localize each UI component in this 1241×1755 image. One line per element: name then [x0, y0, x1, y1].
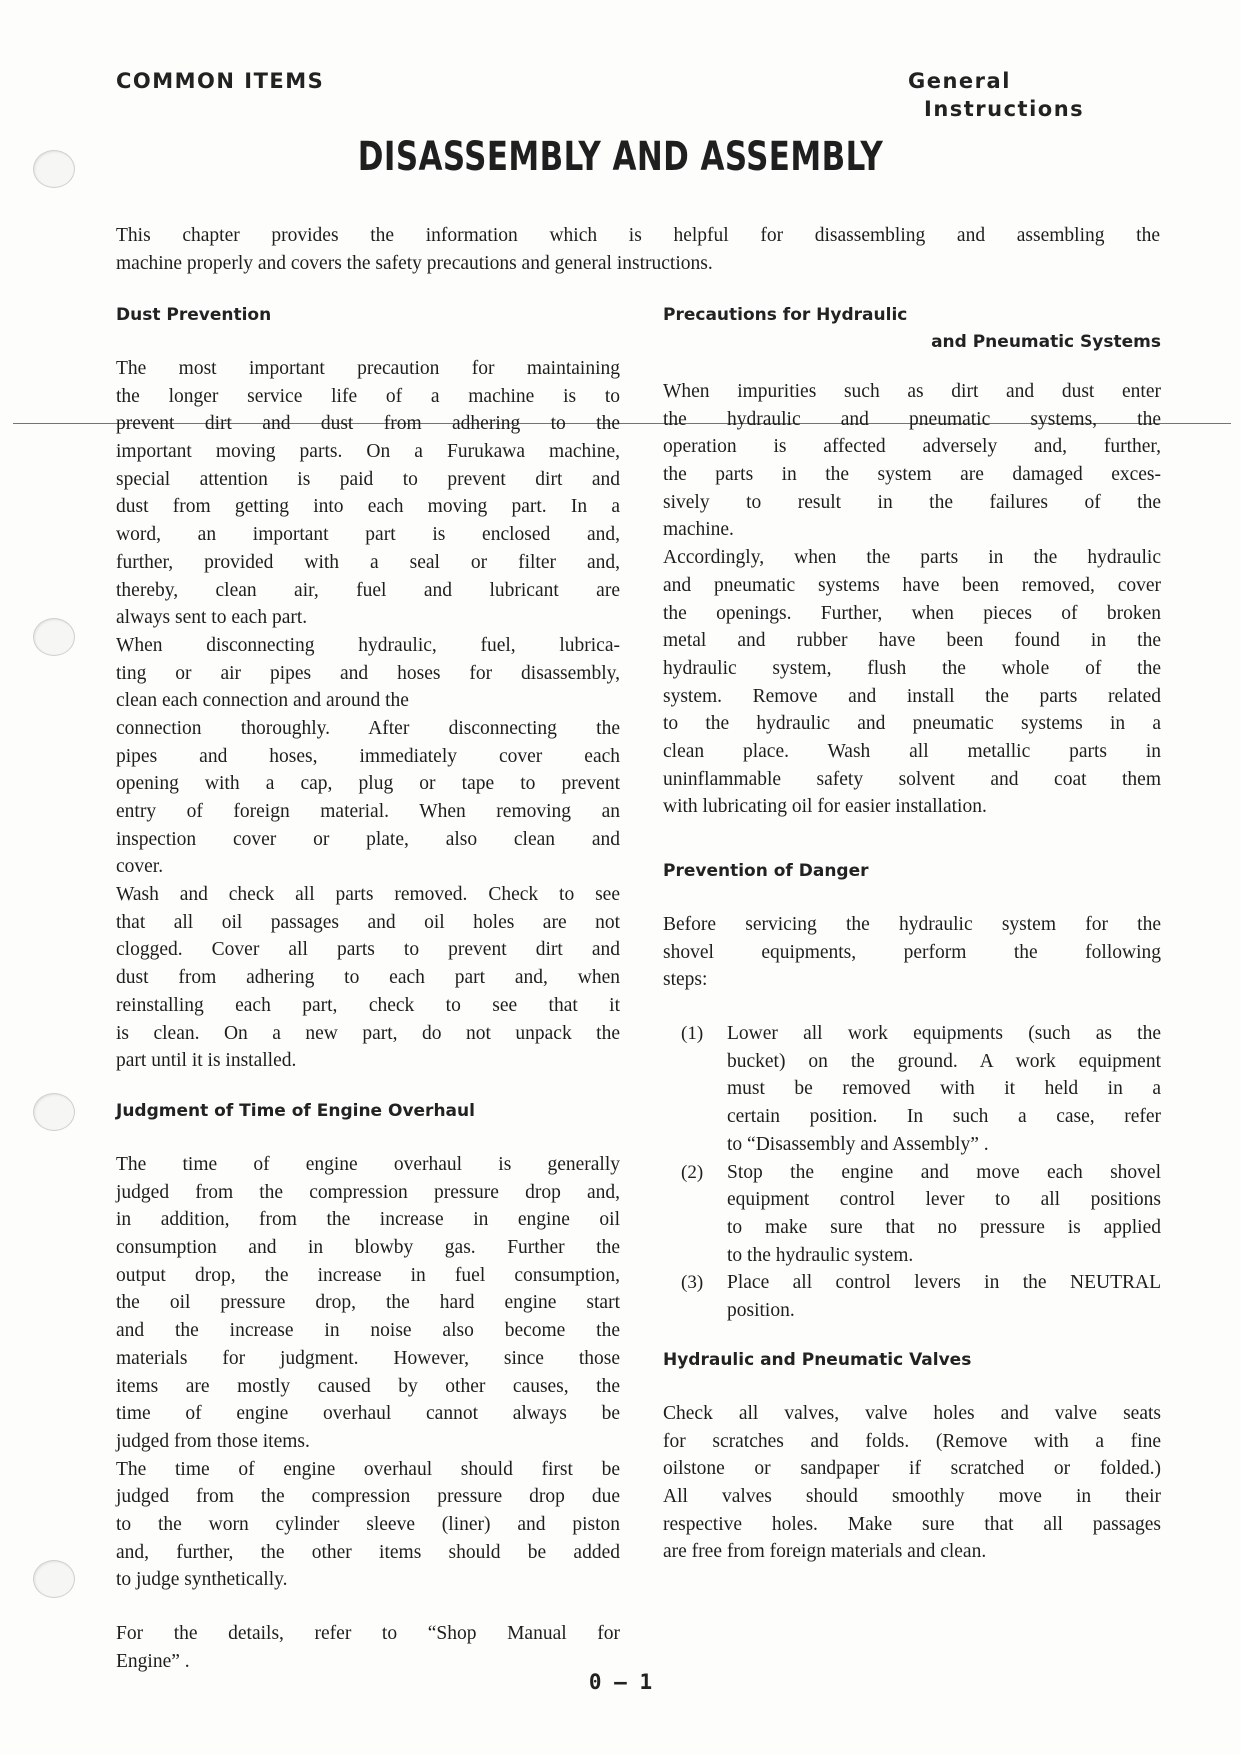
text-line: must be removed with it held in a — [727, 1075, 1161, 1103]
step-item-3: (3) Place all control levers in the NEUT… — [663, 1269, 1161, 1324]
text-line: and, further, the other items should be … — [116, 1539, 620, 1567]
text-line: The most important precaution for mainta… — [116, 355, 620, 383]
danger-steps-list: (1) Lower all work equipments (such as t… — [663, 1020, 1161, 1325]
left-column: Dust Prevention The most important preca… — [116, 302, 620, 1075]
text-line: time of engine overhaul cannot always be — [116, 1400, 620, 1428]
text-line: When disconnecting hydraulic, fuel, lubr… — [116, 632, 620, 660]
document-page: COMMON ITEMS General Instructions DISASS… — [0, 0, 1241, 1755]
text-line: machine properly and covers the safety p… — [116, 250, 1160, 278]
text-line: judged from those items. — [116, 1428, 620, 1456]
text-line: position. — [727, 1297, 1161, 1325]
text-line: inspection cover or plate, also clean an… — [116, 826, 620, 854]
right-column: Precautions for Hydraulic and Pneumatic … — [663, 302, 1161, 821]
hydraulic-precautions-paragraph: When impurities such as dirt and dust en… — [663, 378, 1161, 821]
text-line: cover. — [116, 853, 620, 881]
text-line: judged from the compression pressure dro… — [116, 1483, 620, 1511]
text-line: Wash and check all parts removed. Check … — [116, 881, 620, 909]
text-line: hydraulic system, flush the whole of the — [663, 655, 1161, 683]
text-line: dust from getting into each moving part.… — [116, 493, 620, 521]
text-line: Place all control levers in the NEUTRAL — [727, 1269, 1161, 1297]
engine-reference-paragraph: For the details, refer to “Shop Manual f… — [116, 1620, 620, 1675]
dust-prevention-paragraph: The most important precaution for mainta… — [116, 355, 620, 1075]
text-line: ting or air pipes and hoses for disassem… — [116, 660, 620, 688]
text-line: the hydraulic and pneumatic systems, the — [663, 406, 1161, 434]
text-line: part until it is installed. — [116, 1047, 620, 1075]
header-section-label: COMMON ITEMS — [116, 69, 324, 93]
text-line: to judge synthetically. — [116, 1566, 620, 1594]
text-line: the openings. Further, when pieces of br… — [663, 600, 1161, 628]
text-line: important moving parts. On a Furukawa ma… — [116, 438, 620, 466]
text-line: equipment control lever to all positions — [727, 1186, 1161, 1214]
text-line: the parts in the system are damaged exce… — [663, 461, 1161, 489]
intro-paragraph: This chapter provides the information wh… — [116, 222, 1160, 277]
text-line: to “Disassembly and Assembly” . — [727, 1131, 1161, 1159]
text-line: Accordingly, when the parts in the hydra… — [663, 544, 1161, 572]
prevention-of-danger-paragraph: Before servicing the hydraulic system fo… — [663, 911, 1161, 994]
section-heading-valves: Hydraulic and Pneumatic Valves — [663, 1347, 1161, 1374]
text-line: dust from adhering to each part and, whe… — [116, 964, 620, 992]
step-item-1: (1) Lower all work equipments (such as t… — [663, 1020, 1161, 1158]
text-line: special attention is paid to prevent dir… — [116, 466, 620, 494]
text-line: clean each connection and around the — [116, 687, 620, 715]
header-chapter-label-line2: Instructions — [924, 97, 1084, 121]
text-line: connection thoroughly. After disconnecti… — [116, 715, 620, 743]
text-line: to the hydraulic system. — [727, 1242, 1161, 1270]
step-number: (2) — [681, 1159, 703, 1187]
punch-hole-icon — [33, 1560, 75, 1598]
text-line: thereby, clean air, fuel and lubricant a… — [116, 577, 620, 605]
text-line: and pneumatic systems have been removed,… — [663, 572, 1161, 600]
section-heading-hydraulic-precautions: Precautions for Hydraulic — [663, 302, 1161, 329]
page-number: 0 – 1 — [0, 1670, 1241, 1694]
text-line: clean place. Wash all metallic parts in — [663, 738, 1161, 766]
text-line: sively to result in the failures of the — [663, 489, 1161, 517]
text-line: metal and rubber have been found in the — [663, 627, 1161, 655]
text-line: to make sure that no pressure is applied — [727, 1214, 1161, 1242]
text-line: respective holes. Make sure that all pas… — [663, 1511, 1161, 1539]
text-line: steps: — [663, 966, 1161, 994]
step-item-2: (2) Stop the engine and move each shovel… — [663, 1159, 1161, 1270]
engine-overhaul-paragraph: The time of engine overhaul is generally… — [116, 1151, 620, 1594]
step-number: (1) — [681, 1020, 703, 1048]
text-line: system. Remove and install the parts rel… — [663, 683, 1161, 711]
text-line: reinstalling each part, check to see tha… — [116, 992, 620, 1020]
text-line: The time of engine overhaul is generally — [116, 1151, 620, 1179]
text-line: operation is affected adversely and, fur… — [663, 433, 1161, 461]
text-line: For the details, refer to “Shop Manual f… — [116, 1620, 620, 1648]
text-line: uninflammable safety solvent and coat th… — [663, 766, 1161, 794]
text-line: This chapter provides the information wh… — [116, 222, 1160, 250]
section-heading-hydraulic-precautions-line2: and Pneumatic Systems — [663, 329, 1161, 356]
text-line: The time of engine overhaul should first… — [116, 1456, 620, 1484]
text-line: for scratches and folds. (Remove with a … — [663, 1428, 1161, 1456]
text-line: Lower all work equipments (such as the — [727, 1020, 1161, 1048]
text-line: When impurities such as dirt and dust en… — [663, 378, 1161, 406]
text-line: prevent dirt and dust from adhering to t… — [116, 410, 620, 438]
text-line: Before servicing the hydraulic system fo… — [663, 911, 1161, 939]
section-heading-prevention-of-danger: Prevention of Danger — [663, 858, 1161, 885]
text-line: Check all valves, valve holes and valve … — [663, 1400, 1161, 1428]
text-line: machine. — [663, 516, 1161, 544]
right-column-valves: Hydraulic and Pneumatic Valves Check all… — [663, 1347, 1161, 1566]
header-chapter-label-line1: General — [908, 69, 1011, 93]
text-line: to the hydraulic and pneumatic systems i… — [663, 710, 1161, 738]
text-line: output drop, the increase in fuel consum… — [116, 1262, 620, 1290]
punch-hole-icon — [33, 1093, 75, 1131]
punch-hole-icon — [33, 618, 75, 656]
right-column-danger: Prevention of Danger Before servicing th… — [663, 858, 1161, 1325]
text-line: are free from foreign materials and clea… — [663, 1538, 1161, 1566]
valves-paragraph: Check all valves, valve holes and valve … — [663, 1400, 1161, 1566]
text-line: the oil pressure drop, the hard engine s… — [116, 1289, 620, 1317]
left-column-engine: Judgment of Time of Engine Overhaul The … — [116, 1098, 620, 1675]
text-line: further, provided with a seal or filter … — [116, 549, 620, 577]
text-line: oilstone or sandpaper if scratched or fo… — [663, 1455, 1161, 1483]
text-line: certain position. In such a case, refer — [727, 1103, 1161, 1131]
text-line: in addition, from the increase in engine… — [116, 1206, 620, 1234]
text-line: clogged. Cover all parts to prevent dirt… — [116, 936, 620, 964]
step-number: (3) — [681, 1269, 703, 1297]
text-line: always sent to each part. — [116, 604, 620, 632]
text-line: to the worn cylinder sleeve (liner) and … — [116, 1511, 620, 1539]
text-line: is clean. On a new part, do not unpack t… — [116, 1020, 620, 1048]
text-line: opening with a cap, plug or tape to prev… — [116, 770, 620, 798]
text-line: and the increase in noise also become th… — [116, 1317, 620, 1345]
text-line: items are mostly caused by other causes,… — [116, 1373, 620, 1401]
text-line: with lubricating oil for easier installa… — [663, 793, 1161, 821]
text-line: consumption and in blowby gas. Further t… — [116, 1234, 620, 1262]
text-line: entry of foreign material. When removing… — [116, 798, 620, 826]
text-line: bucket) on the ground. A work equipment — [727, 1048, 1161, 1076]
page-title: DISASSEMBLY AND ASSEMBLY — [87, 134, 1154, 180]
text-line: word, an important part is enclosed and, — [116, 521, 620, 549]
section-heading-dust-prevention: Dust Prevention — [116, 302, 620, 329]
text-line: shovel equipments, perform the following — [663, 939, 1161, 967]
text-line: All valves should smoothly move in their — [663, 1483, 1161, 1511]
section-heading-engine-overhaul: Judgment of Time of Engine Overhaul — [116, 1098, 620, 1125]
text-line: materials for judgment. However, since t… — [116, 1345, 620, 1373]
punch-hole-icon — [33, 150, 75, 188]
text-line: judged from the compression pressure dro… — [116, 1179, 620, 1207]
text-line: Stop the engine and move each shovel — [727, 1159, 1161, 1187]
text-line: that all oil passages and oil holes are … — [116, 909, 620, 937]
text-line: the longer service life of a machine is … — [116, 383, 620, 411]
text-line: pipes and hoses, immediately cover each — [116, 743, 620, 771]
